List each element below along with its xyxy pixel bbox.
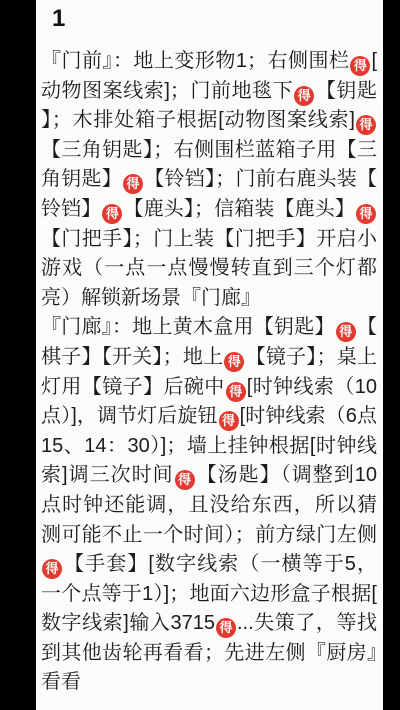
text-segment: 『门廊』：地上黄木盒用【钥匙】	[41, 316, 335, 338]
text-segment: 『门前』：地上变形物1；右侧围栏	[41, 50, 349, 72]
obtained-stamp-icon: 得	[175, 470, 195, 490]
obtained-stamp-icon: 得	[356, 204, 376, 224]
obtained-stamp-icon: 得	[224, 352, 244, 372]
walkthrough-text: 『门前』：地上变形物1；右侧围栏得[动物图案线索]；门前地毯下得【钥匙】；木排处…	[36, 47, 383, 698]
obtained-stamp-icon: 得	[123, 174, 143, 194]
page-number: 1	[52, 4, 383, 34]
obtained-stamp-icon: 得	[294, 86, 314, 106]
obtained-stamp-icon: 得	[226, 382, 246, 402]
obtained-stamp-icon: 得	[356, 115, 376, 135]
obtained-stamp-icon: 得	[102, 204, 122, 224]
text-segment: 【门把手】；门上装【门把手】开启小游戏（一点一点慢慢转直到三个灯都亮）解锁新场景…	[41, 228, 377, 309]
image-viewer-background: 1 『门前』：地上变形物1；右侧围栏得[动物图案线索]；门前地毯下得【钥匙】；木…	[0, 0, 400, 710]
paragraph: 『门前』：地上变形物1；右侧围栏得[动物图案线索]；门前地毯下得【钥匙】；木排处…	[41, 47, 377, 313]
notes-page: 1 『门前』：地上变形物1；右侧围栏得[动物图案线索]；门前地毯下得【钥匙】；木…	[36, 0, 383, 710]
text-segment: 【鹿头】；信箱装【鹿头】	[123, 198, 355, 220]
obtained-stamp-icon: 得	[216, 618, 236, 638]
paragraph: 『门廊』：地上黄木盒用【钥匙】得【棋子】【开关】；地上得【镜子】；桌上灯用【镜子…	[41, 313, 377, 698]
obtained-stamp-icon: 得	[42, 559, 62, 579]
obtained-stamp-icon: 得	[219, 411, 239, 431]
obtained-stamp-icon: 得	[350, 56, 370, 76]
obtained-stamp-icon: 得	[336, 322, 356, 342]
